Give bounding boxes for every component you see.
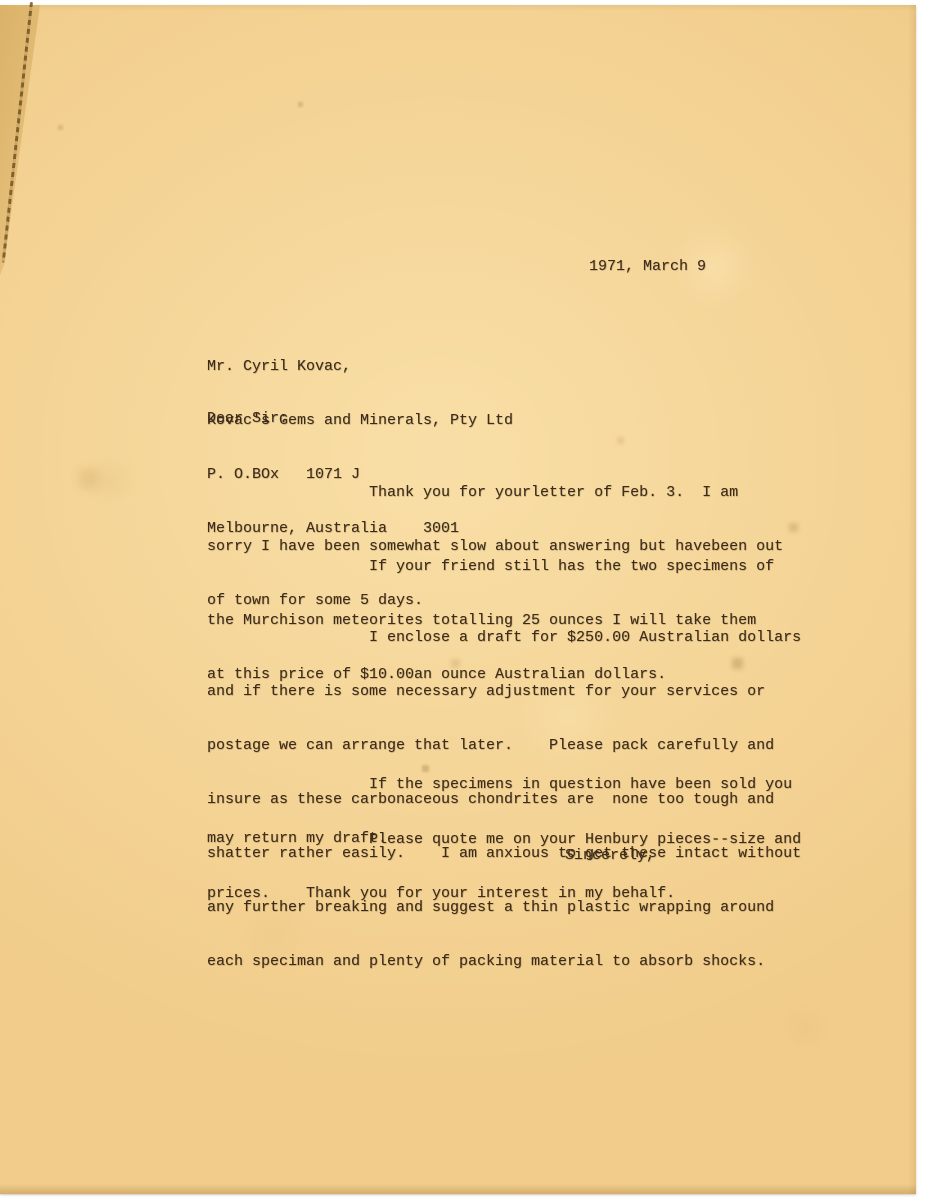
date-line: 1971, March 9 <box>589 258 706 276</box>
body-line: Please quote me on your Henbury pieces--… <box>207 831 801 849</box>
body-line: prices. Thank you for your interest in m… <box>207 885 801 903</box>
salutation: Dear Sir: <box>207 410 288 428</box>
address-line: Mr. Cyril Kovac, <box>207 358 513 376</box>
scanned-letter: 1971, March 9 Mr. Cyril Kovac, Kovac's G… <box>0 0 932 1200</box>
body-line: I enclose a draft for $250.00 Australian… <box>207 629 801 647</box>
body-line: and if there is some necessary adjustmen… <box>207 683 801 701</box>
body-line: If the specimens in question have been s… <box>207 776 792 794</box>
body-line: If your friend still has the two specime… <box>207 558 774 576</box>
body-line: Thank you for yourletter of Feb. 3. I am <box>207 484 783 502</box>
body-line: each speciman and plenty of packing mate… <box>207 953 801 971</box>
paragraph-5: Please quote me on your Henbury pieces--… <box>207 795 801 939</box>
closing: Sincerely, <box>565 847 655 865</box>
paper-stains <box>0 0 1 1</box>
